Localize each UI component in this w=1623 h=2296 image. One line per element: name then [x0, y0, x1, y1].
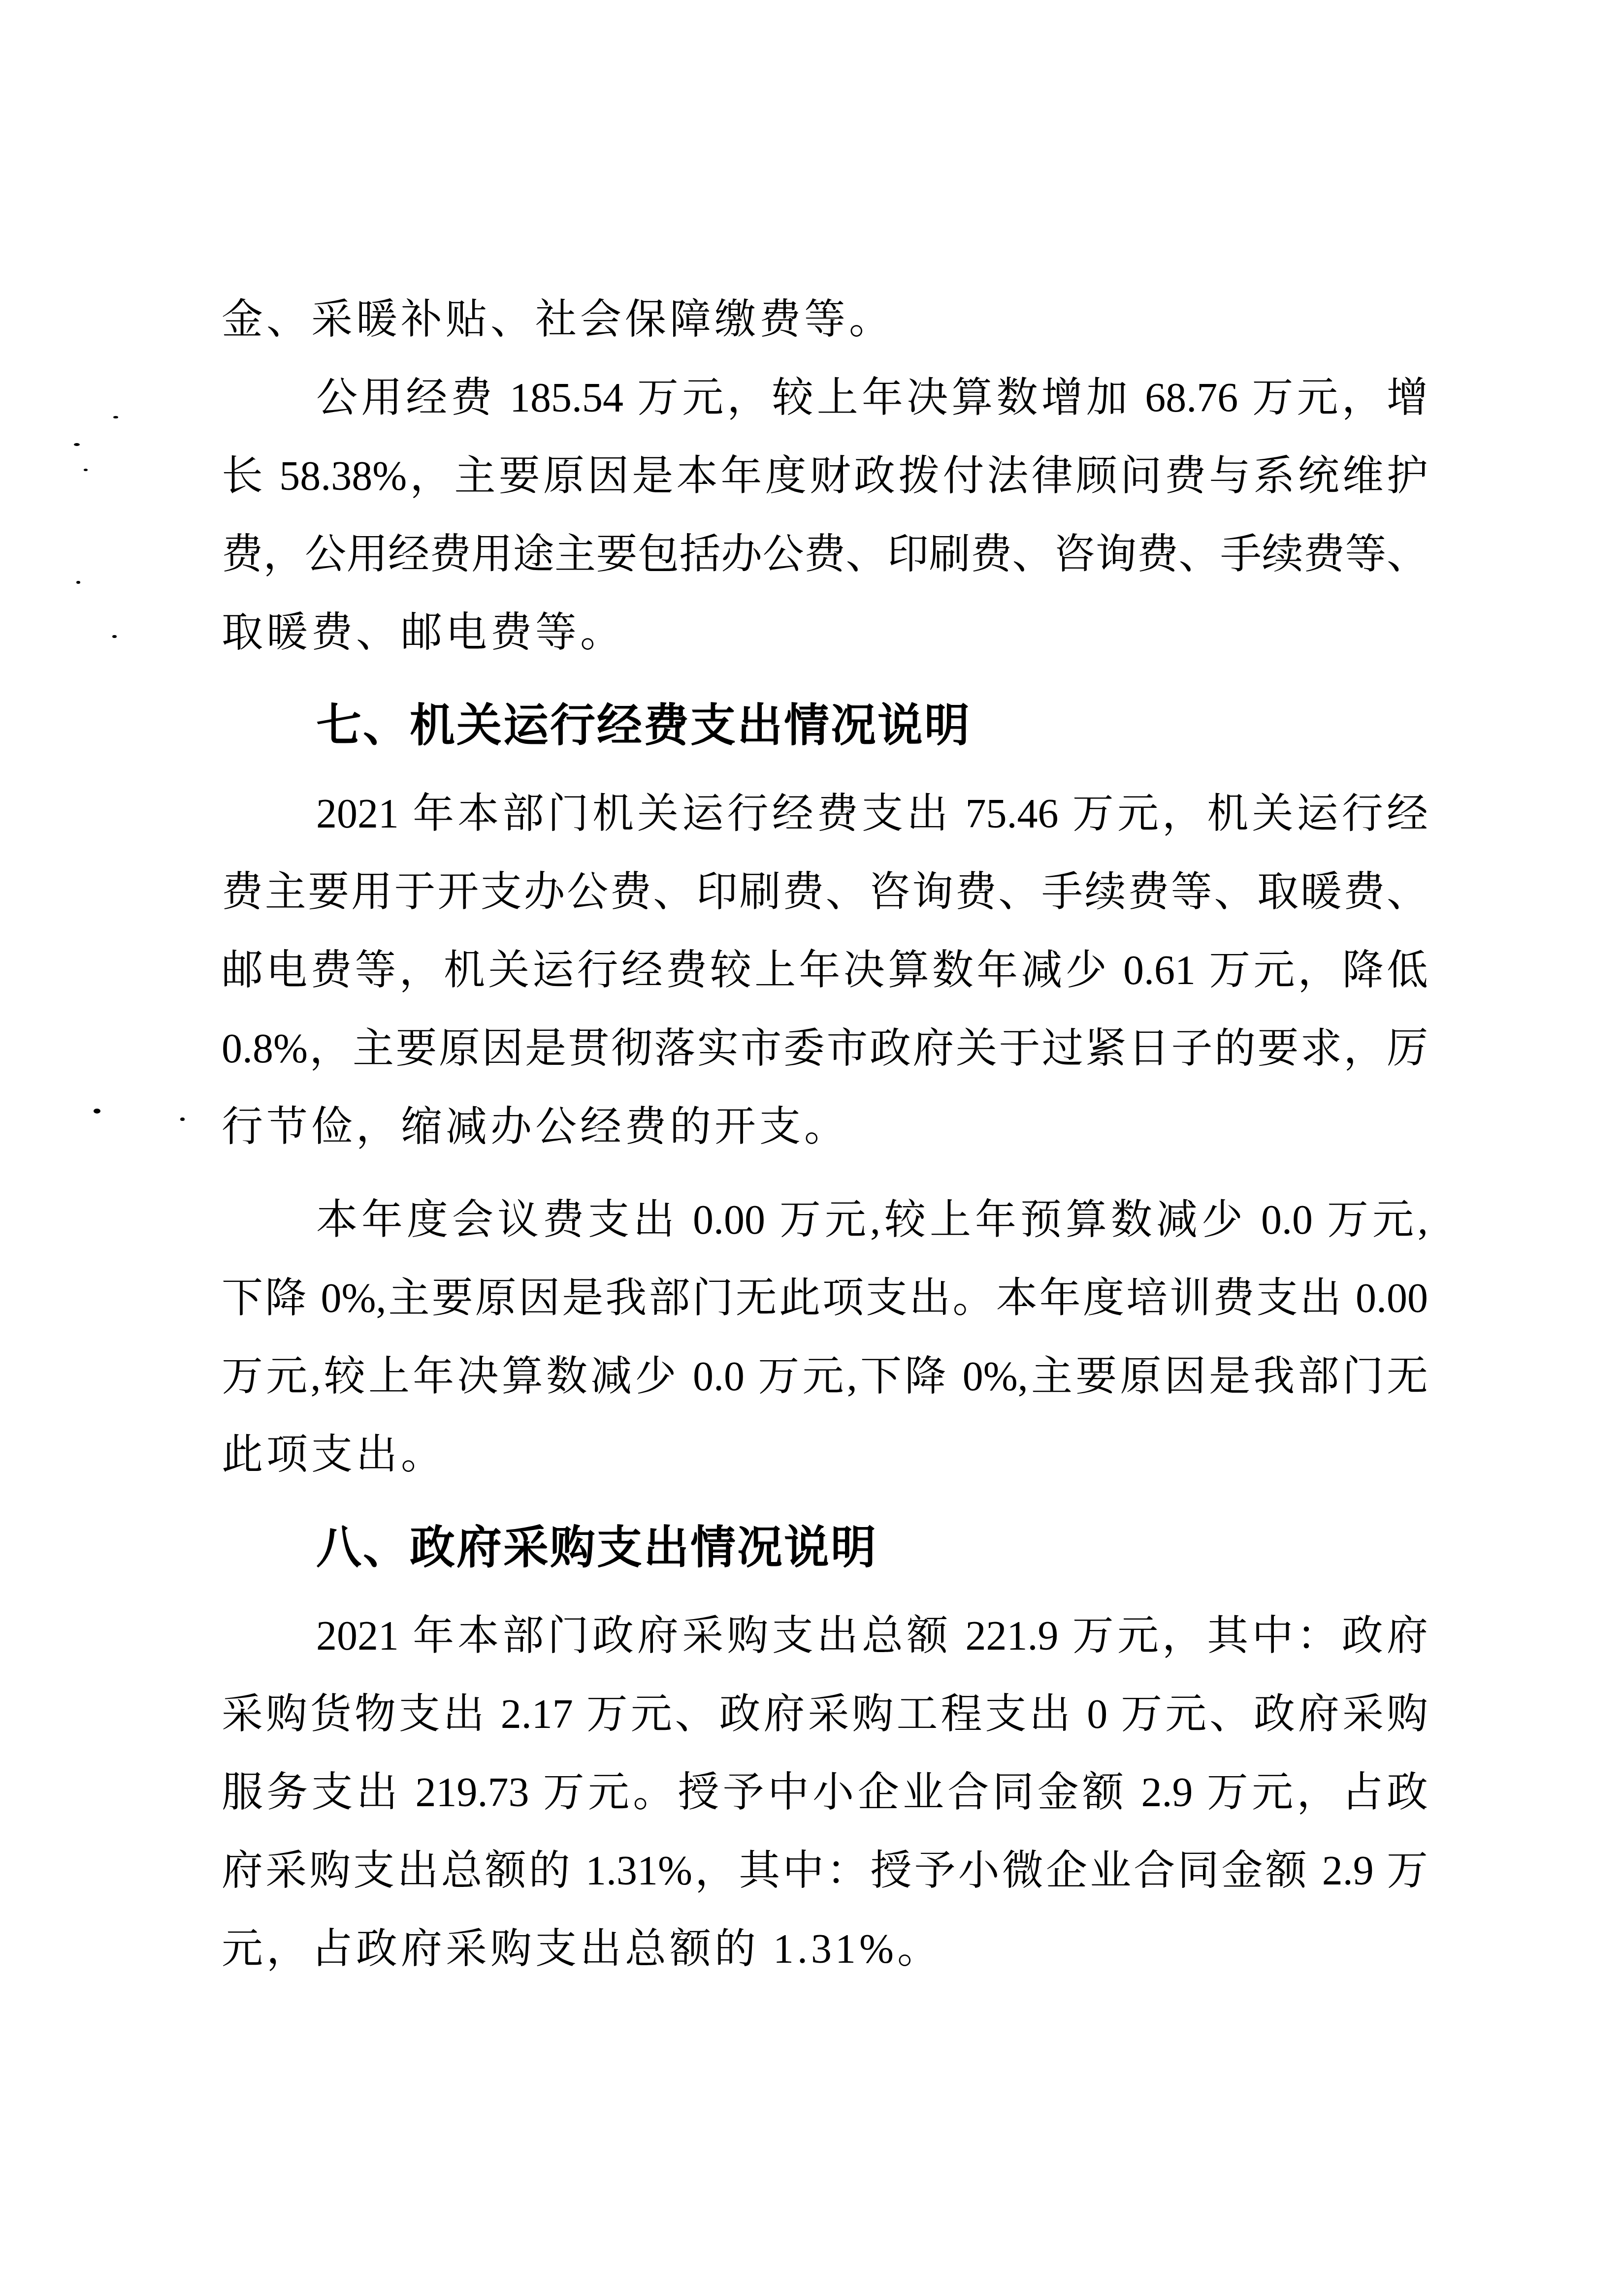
scan-speck: [94, 1109, 100, 1114]
text-line: 万元,较上年决算数减少 0.0 万元,下降 0%,主要原因是我部门无: [222, 1338, 1428, 1416]
scan-speck: [74, 443, 80, 446]
text-line: 2021 年本部门政府采购支出总额 221.9 万元，其中：政府: [222, 1597, 1428, 1675]
text-line: 费，公用经费用途主要包括办公费、印刷费、咨询费、手续费等、: [222, 515, 1428, 594]
text-line: 2021 年本部门机关运行经费支出 75.46 万元，机关运行经: [222, 775, 1428, 853]
scan-speck: [76, 581, 80, 584]
text-line: 公用经费 185.54 万元，较上年决算数增加 68.76 万元，增: [222, 359, 1428, 437]
text-line: 费主要用于开支办公费、印刷费、咨询费、手续费等、取暖费、: [222, 853, 1428, 931]
text-line: 服务支出 219.73 万元。授予中小企业合同金额 2.9 万元，占政: [222, 1754, 1428, 1832]
text-line: 取暖费、邮电费等。: [222, 594, 1428, 672]
text-line: 此项支出。: [222, 1416, 1428, 1494]
scan-speck: [112, 635, 117, 638]
text-line: 金、采暖补贴、社会保障缴费等。: [222, 281, 1428, 359]
text-line: 0.8%，主要原因是贯彻落实市委市政府关于过紧日子的要求，厉: [222, 1010, 1428, 1088]
text-line: 长 58.38%，主要原因是本年度财政拨付法律顾问费与系统维护: [222, 437, 1428, 515]
text-line: 下降 0%,主要原因是我部门无此项支出。本年度培训费支出 0.00: [222, 1259, 1428, 1338]
heading-section-7: 七、机关运行经费支出情况说明: [222, 687, 1428, 765]
text-line: 采购货物支出 2.17 万元、政府采购工程支出 0 万元、政府采购: [222, 1675, 1428, 1754]
scan-speck: [113, 416, 118, 418]
document-text-block: 金、采暖补贴、社会保障缴费等。 公用经费 185.54 万元，较上年决算数增加 …: [222, 281, 1428, 1988]
scan-speck: [84, 469, 88, 471]
text-line: 邮电费等，机关运行经费较上年决算数年减少 0.61 万元，降低: [222, 931, 1428, 1010]
text-line: 元，占政府采购支出总额的 1.31%。: [222, 1910, 1428, 1988]
scanned-document-page: 金、采暖补贴、社会保障缴费等。 公用经费 185.54 万元，较上年决算数增加 …: [0, 0, 1623, 2296]
text-line: 本年度会议费支出 0.00 万元,较上年预算数减少 0.0 万元,: [222, 1181, 1428, 1259]
scan-speck: [180, 1117, 185, 1121]
text-line: 行节俭，缩减办公经费的开支。: [222, 1088, 1428, 1166]
text-line: 府采购支出总额的 1.31%，其中：授予小微企业合同金额 2.9 万: [222, 1832, 1428, 1910]
heading-section-8: 八、政府采购支出情况说明: [222, 1509, 1428, 1587]
